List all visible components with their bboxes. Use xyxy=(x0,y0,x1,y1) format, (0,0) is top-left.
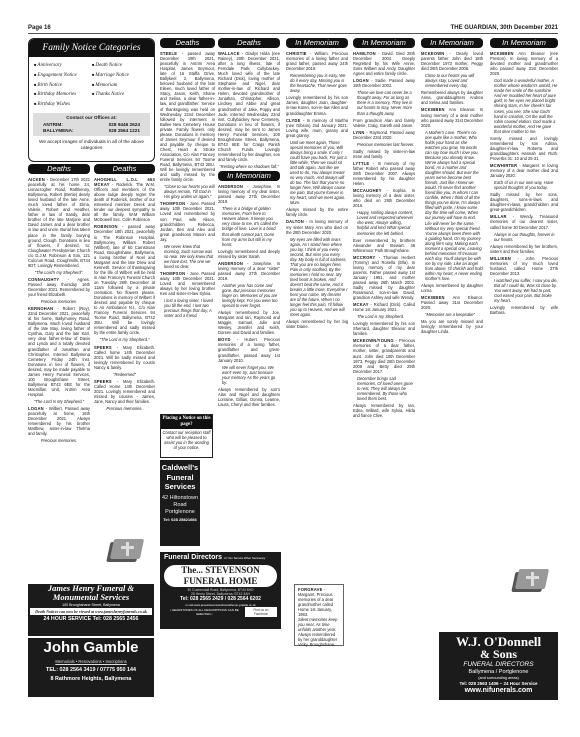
notice-verse: God made a wonderful mother, A mother wh… xyxy=(490,78,558,134)
notice-verse: Silent memories keep you near, As time u… xyxy=(298,617,340,632)
notice: KERNOHAN - Robert (Roy), 22nd December 2… xyxy=(28,306,90,397)
ad-phone: 24 HOUR SERVICE Tel: 028 2565 2456 xyxy=(28,615,154,623)
notice: MCKIBBEN Ann Eleanor. Passed away 31st D… xyxy=(421,295,483,310)
notice-verse: A Mother's Love. There's no-one quite li… xyxy=(421,130,483,281)
ad-heading-text: Funeral Directors xyxy=(164,554,222,561)
office-ballymena: BALLYMENA:028 2564 1221 xyxy=(37,128,146,134)
notice: MCCRORY - Thomas Herbert (Tommy) and Ros… xyxy=(353,255,415,300)
notice: LOGAN - Sadie. Passed away 19th December… xyxy=(353,78,415,88)
notice-verse: Until we meet again, Those special memor… xyxy=(286,140,348,206)
notice-verse: "The Lord's my Shepherd". xyxy=(28,270,90,275)
notice: CLYDE - In memory of Martha (nee Gibson)… xyxy=(286,118,348,138)
ad-name-line2: FUNERAL HOME xyxy=(164,576,277,587)
notice-signoff: Lovingly remembered by his son James, da… xyxy=(286,95,348,115)
notice-signoff: Always remembered by Ian, Edna, Willard,… xyxy=(353,403,415,418)
office-phone: 028 2564 1221 xyxy=(109,128,140,134)
masthead: THE GUARDIAN, 30th December 2021 xyxy=(451,25,558,31)
notice-signoff: Ma you are sorely missed and lovingly re… xyxy=(421,319,483,334)
notice-verse: The Lord is my Shepherd. xyxy=(353,314,415,319)
notice-signoff: Sorely missed and lovingly remembered by… xyxy=(490,136,558,161)
notice: ANDERSON - Josephine. In loving memory o… xyxy=(218,261,280,281)
notice-verse: Remembering you is easy, We do it every … xyxy=(286,73,348,93)
notice-text: - Roderick. The W.M, Officers and member… xyxy=(94,182,155,222)
ad-headstones: • HEADSTONES OF ALL DESCRIPTIONS CAN BE … xyxy=(164,608,245,616)
ad-title: James Henry Funeral & Monumental Service… xyxy=(28,584,154,602)
notice-signoff: Lovingly remembered and deeply missed by… xyxy=(218,249,280,259)
notice: MCKIBBEN Ann Eleanor. In loving memory o… xyxy=(421,107,483,127)
notice: THOMPSON - June. Passed away 10th Decemb… xyxy=(160,271,215,296)
notice-text: - Thomas Herbert (Tommy) and Rosella (El… xyxy=(353,255,415,300)
category-item: Marriage Notice xyxy=(92,71,150,81)
images-note: We accept images of individuals in all o… xyxy=(29,139,154,152)
ad-services: Memorials • Renovations • Inscriptions xyxy=(28,658,154,665)
section-heading-deaths: Deaths xyxy=(94,164,155,174)
category-item: Memoriam xyxy=(92,81,150,91)
notice-signoff: Lovingly remembered by his son Sherrard,… xyxy=(353,321,415,336)
ad-title-2: & Sons xyxy=(439,648,558,661)
ad-website: www.nifunerals.com xyxy=(439,687,558,695)
ad-web-notice: Death Notices can now be viewed at www.j… xyxy=(30,608,152,615)
notice-verse: "The Lord is my Shepherd." xyxy=(94,337,155,342)
notice-verse: I lost a loving sister, I loved you till… xyxy=(160,298,215,318)
column-deaths-1: Deaths AICKEN - December 17th 2021 peace… xyxy=(28,164,90,445)
contact-offices: Contact our Offices at: ANTRIM:028 9446 … xyxy=(33,113,150,136)
notice: CHRISTIE - William. Precious memories of… xyxy=(286,51,348,71)
facebook-icon: Find us on Facebook xyxy=(245,607,277,617)
notice-verse: Precious memories last forever. xyxy=(353,142,415,147)
ad-wj-odonnell: W.J. O'Donnell & Sons FUNERAL DIRECTORS … xyxy=(439,632,558,700)
notice: HAMILTON - David. Died 28th December 200… xyxy=(353,51,415,76)
notice-verse: "Memories are a keepsake" xyxy=(421,312,483,317)
notice-text: - Margaret. Precious memories of a dear … xyxy=(298,587,333,617)
ad-heading: Funeral Directors At Your Service When N… xyxy=(160,552,281,564)
notice-text: - Gladys Hilda (nee Rainey), 20th Decemb… xyxy=(218,51,280,162)
ad-tagline: At Your Service When Necessary xyxy=(224,556,265,560)
notice-verse: Close to our hearts you will always stay… xyxy=(421,73,483,88)
notice-text: - December 17th 2021 peacefully at his h… xyxy=(28,177,90,268)
newspaper-page: Page 16 THE GUARDIAN, 30th December 2021… xyxy=(28,24,558,714)
categories-title: Family Notice Categories xyxy=(29,39,154,57)
ad-phone: Tel: 028 25821666 xyxy=(160,516,200,524)
notice-signoff: Sadly missed by sister-in-law Irene and … xyxy=(353,149,415,159)
notice-text: - Precious memories of a dear father, mo… xyxy=(353,338,415,373)
notice-signoff: Always remembered by daughter Lorna. xyxy=(421,283,483,293)
placing-body: Contact our reception staff who will be … xyxy=(161,429,212,451)
ad-caldwells: Caldwell's Funeral Services 42 Hiltonsto… xyxy=(160,460,200,546)
section-heading-memoriam: In Memoriam xyxy=(353,38,415,48)
category-item: Birthday Memories xyxy=(34,90,92,100)
notice: MILLIKEN - John. Precious memories of my… xyxy=(490,256,558,276)
notice-verse: Another year has come and gone, But prec… xyxy=(218,283,280,308)
notice: MCKEOWN - Dearly loved parents father Jo… xyxy=(421,51,483,71)
notice-verse: I watched you suffer, I saw you die, But… xyxy=(490,278,558,303)
page-number: Page 16 xyxy=(28,25,51,31)
categories-box: Family Notice Categories Anniversary Dea… xyxy=(28,38,155,162)
notice: THOMPSON - June. Passed away 10th Decemb… xyxy=(160,201,215,241)
ad-james-henry: James Henry Funeral & Monumental Service… xyxy=(28,584,154,636)
notice: AICKEN - December 17th 2021 peacefully a… xyxy=(28,177,90,268)
notice-signoff: Always remembered by son's Alan and Nige… xyxy=(218,387,280,407)
section-heading-deaths: Deaths xyxy=(28,164,90,174)
category-item: Death Notice xyxy=(92,61,150,71)
notice-verse: Happy, smiling always content, Loved and… xyxy=(353,210,415,235)
ad-address: 8 Rathmore Heights, Ballymena xyxy=(28,675,154,683)
section-heading-memoriam: In Memoriam xyxy=(218,171,280,181)
column-memoriam-4: In Memoriam MCKIBBEN Ann Eleanor (nee Pr… xyxy=(490,38,558,548)
page-header: Page 16 THE GUARDIAN, 30th December 2021 xyxy=(28,24,558,34)
notice-verse: There is a bridge of golden memories, Fr… xyxy=(218,206,280,246)
notice-verse: We never knew that morning, Such sorrow … xyxy=(160,244,215,269)
notice-signoff: Sadly missed by her sons, daughters, son… xyxy=(490,192,558,212)
bible-icon xyxy=(513,564,549,594)
notice-signoff: Ever remembered by brothers Alexander an… xyxy=(353,238,415,253)
notice-signoff: Always remembered by her brothers, siste… xyxy=(490,244,558,254)
ad-phone: TEL: 028 2564 3419 / 07775 950 144 xyxy=(28,665,154,675)
notice: LOGAN - Wilbert. Passed away peacefully … xyxy=(28,406,90,436)
notice-text: - passed away December 18th 2021, peacef… xyxy=(94,224,155,335)
notice-verse: December brings sad memories, Of loved o… xyxy=(353,376,415,401)
notice: ROBINSON - passed away December 18th 202… xyxy=(94,224,155,335)
column-memoriam-1: In Memoriam CHRISTIE - William. Precious… xyxy=(286,38,348,578)
notice-signoff: From grandson Alan and family Valerie, C… xyxy=(353,118,415,128)
notice-verse: Precious memories. xyxy=(94,406,155,411)
ad-role: FUNERAL DIRECTORS xyxy=(439,661,558,669)
notice-text: - Wilbert. Passed away peacefully at hom… xyxy=(28,406,90,436)
notice-signoff: Remembered always by daughter Anna, gran… xyxy=(421,90,483,105)
notice: MCCAUGHEY - Sophia. In loving memory of … xyxy=(353,188,415,208)
section-heading-deaths: Deaths xyxy=(160,38,215,48)
category-item: Birth Notice xyxy=(34,81,92,91)
notice-verse: Those we love can never be a thought awa… xyxy=(353,90,415,115)
notice: DALTON - In loving memory of my sister M… xyxy=(286,219,348,234)
notice-text: - Robert (Roy), 22nd December 2021, peac… xyxy=(28,306,90,397)
notice-verse: My eyes are filled with tears again, As … xyxy=(286,237,348,318)
contact-title: Contact our Offices at: xyxy=(37,115,146,120)
notice-box-forgrave: FORGRAVE - Margaret. Precious memories o… xyxy=(294,584,344,646)
notice: ANDERSON - Josephine. In loving memory o… xyxy=(218,184,280,204)
notice: MCKIBBEN Ann Eleanor (nee Preston). In l… xyxy=(490,51,558,76)
notice: MCKEOWN/YOUNG - Precious memories of a d… xyxy=(353,338,415,373)
notice: LYNN - Raymond. Passed away December 23r… xyxy=(353,130,415,140)
notice-verse: Precious memories. xyxy=(28,438,90,443)
notice: SPEERS - Mary Elizabeth. Called Home 14t… xyxy=(94,379,155,404)
notice: AHOGHILL L.O.L 653 MCKAY - Roderick. The… xyxy=(94,177,155,222)
category-item: Birthday Wishes xyxy=(34,100,92,110)
ad-title: John Gamble xyxy=(28,638,154,658)
placing-title: Placing a Notice on this page? xyxy=(161,415,212,429)
ad-name-pill: The... STEVENSONFUNERAL HOME xyxy=(164,565,277,587)
section-heading-memoriam: In Memoriam xyxy=(286,38,348,48)
notice-verse: "Resting where no shadows fall." xyxy=(218,164,280,169)
notice-verse: We will never forget you, We won't even … xyxy=(218,365,280,385)
notice: MILLAR - Wendy. Treasured memories of ou… xyxy=(490,214,558,229)
column-deaths-memoriam: Deaths WALLACE - Gladys Hilda (nee Raine… xyxy=(218,38,280,548)
notice: BOYD - Hubert. Precious memories of a lo… xyxy=(218,337,280,362)
category-item: Anniversary xyxy=(34,61,92,71)
ad-john-gamble: John Gamble Memorials • Renovations • In… xyxy=(28,638,154,697)
notice: MCWHIRTER - Margaret. In loving memory o… xyxy=(490,163,558,178)
column-deaths-3: Deaths STEELE - passed away December 19t… xyxy=(160,38,215,320)
category-item: Thanks Notice xyxy=(92,90,150,100)
notice-signoff: Always remembered by her granddaughter V… xyxy=(298,632,340,647)
column-memoriam-3: In Memoriam MCKEOWN - Dearly loved paren… xyxy=(421,38,483,623)
categories-list: Anniversary Death Notice Engagement Noti… xyxy=(29,57,154,110)
notice: LYTTLE - In memory of my father Robert w… xyxy=(353,161,415,186)
notice-signoff: Always remembered by Joe, Margaret and I… xyxy=(218,310,280,335)
notice-signoff: Always remembered by her big sister Dian… xyxy=(286,319,348,329)
notice-verse: "The Lord Is My Shepherd." xyxy=(28,399,90,404)
notice-text: - June. Passed away 10th December 2021. … xyxy=(160,201,215,241)
ad-stevenson: Funeral Directors At Your Service When N… xyxy=(160,552,281,629)
notice: SPEERS - Mary Elizabeth. Called home 14t… xyxy=(94,345,155,370)
placing-notice-box: Placing a Notice on this page? Contact o… xyxy=(160,414,213,458)
ad-footer: • HEADSTONES OF ALL DESCRIPTIONS CAN BE … xyxy=(160,607,281,617)
office-name: BALLYMENA: xyxy=(43,128,74,134)
notice-verse: "Redeemed" xyxy=(94,372,155,377)
section-heading-memoriam: In Memoriam xyxy=(421,38,483,48)
notice-verse: Always in our thoughts, forever in our h… xyxy=(490,232,558,242)
notice-text: - passed away December 19th 2021, peacef… xyxy=(160,51,215,182)
notice-verse: "Close to our hearts you will always rem… xyxy=(160,184,215,199)
category-item: Engagement Notice xyxy=(34,71,92,81)
notice-verse: Each of us in our own way, Have special … xyxy=(490,180,558,190)
bible-icon xyxy=(108,534,144,564)
section-heading-deaths: Deaths xyxy=(218,38,280,48)
notice-signoff: Always missed by the entire family circl… xyxy=(286,207,348,217)
ad-title: Caldwell's Funeral Services xyxy=(160,463,200,492)
ad-phone: Tel: 028 2565 2429 / 028 2564 6202 xyxy=(160,596,281,603)
section-heading-memoriam: In Memoriam xyxy=(490,38,558,48)
notice-signoff: Lovingly remembered by wife Barbara. xyxy=(490,305,558,315)
notice: MCKAY - Richard (Dick). Called Home 1st … xyxy=(353,302,415,312)
column-deaths-2: Deaths AHOGHILL L.O.L 653 MCKAY - Roderi… xyxy=(94,164,155,413)
column-memoriam-2: In Memoriam HAMILTON - David. Died 28th … xyxy=(353,38,415,678)
notice-verse: Precious memories. xyxy=(28,299,90,304)
notice: WALLACE - Gladys Hilda (nee Rainey), 20t… xyxy=(218,51,280,162)
ad-address: 42 Hiltonstown Road Portglenone xyxy=(160,495,200,516)
notice: STEELE - passed away December 19th 2021,… xyxy=(160,51,215,182)
notice: CONNAUGHTY - Agnes. Passed away thursday… xyxy=(28,277,90,297)
ad-name-line1: The... STEVENSON xyxy=(164,565,277,576)
